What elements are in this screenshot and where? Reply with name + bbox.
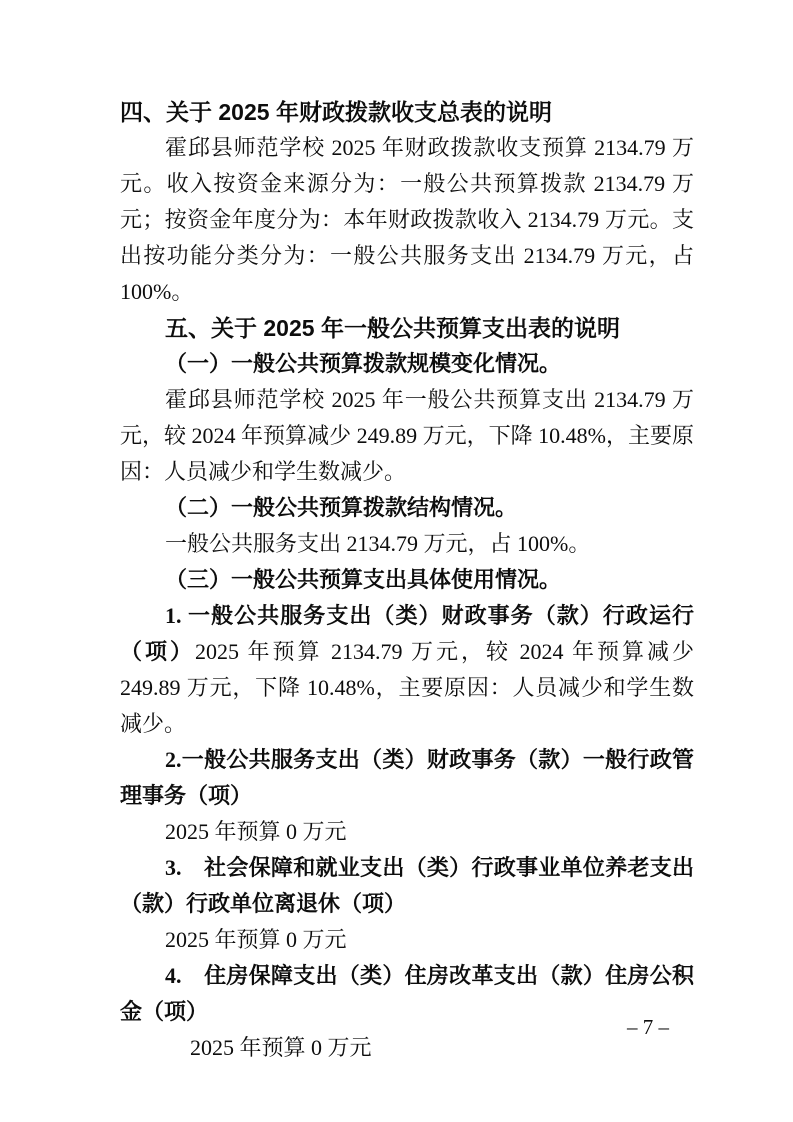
item-1-detail: 2025 年预算 2134.79 万元，较 2024 年预算减少 249.89 … [120, 639, 694, 736]
subheading-structure: （二）一般公共预算拨款结构情况。 [120, 490, 694, 526]
para-item-1: 1. 一般公共服务支出（类）财政事务（款）行政运行（项）2025 年预算 213… [120, 598, 694, 742]
item-3-budget: 2025 年预算 0 万元 [120, 922, 694, 958]
heading-section-four: 四、关于 2025 年财政拨款收支总表的说明 [120, 94, 694, 130]
document-body: 四、关于 2025 年财政拨款收支总表的说明 霍邱县师范学校 2025 年财政拨… [120, 94, 694, 1066]
item-2-budget: 2025 年预算 0 万元 [120, 814, 694, 850]
para-scale-change: 霍邱县师范学校 2025 年一般公共预算支出 2134.79 万元，较 2024… [120, 382, 694, 490]
subheading-specific-usage: （三）一般公共预算支出具体使用情况。 [120, 562, 694, 598]
para-structure: 一般公共服务支出 2134.79 万元，占 100%。 [120, 526, 694, 562]
subheading-scale-change: （一）一般公共预算拨款规模变化情况。 [120, 346, 694, 382]
heading-section-five: 五、关于 2025 年一般公共预算支出表的说明 [120, 310, 694, 346]
page-number: – 7 – [598, 1014, 698, 1040]
para-fiscal-appropriation-summary: 霍邱县师范学校 2025 年财政拨款收支预算 2134.79 万元。收入按资金来… [120, 130, 694, 310]
item-3-title: 3. 社会保障和就业支出（类）行政事业单位养老支出（款）行政单位离退休（项） [120, 850, 694, 922]
document-page: 四、关于 2025 年财政拨款收支总表的说明 霍邱县师范学校 2025 年财政拨… [0, 0, 793, 1122]
item-2-title: 2.一般公共服务支出（类）财政事务（款）一般行政管理事务（项） [120, 742, 694, 814]
